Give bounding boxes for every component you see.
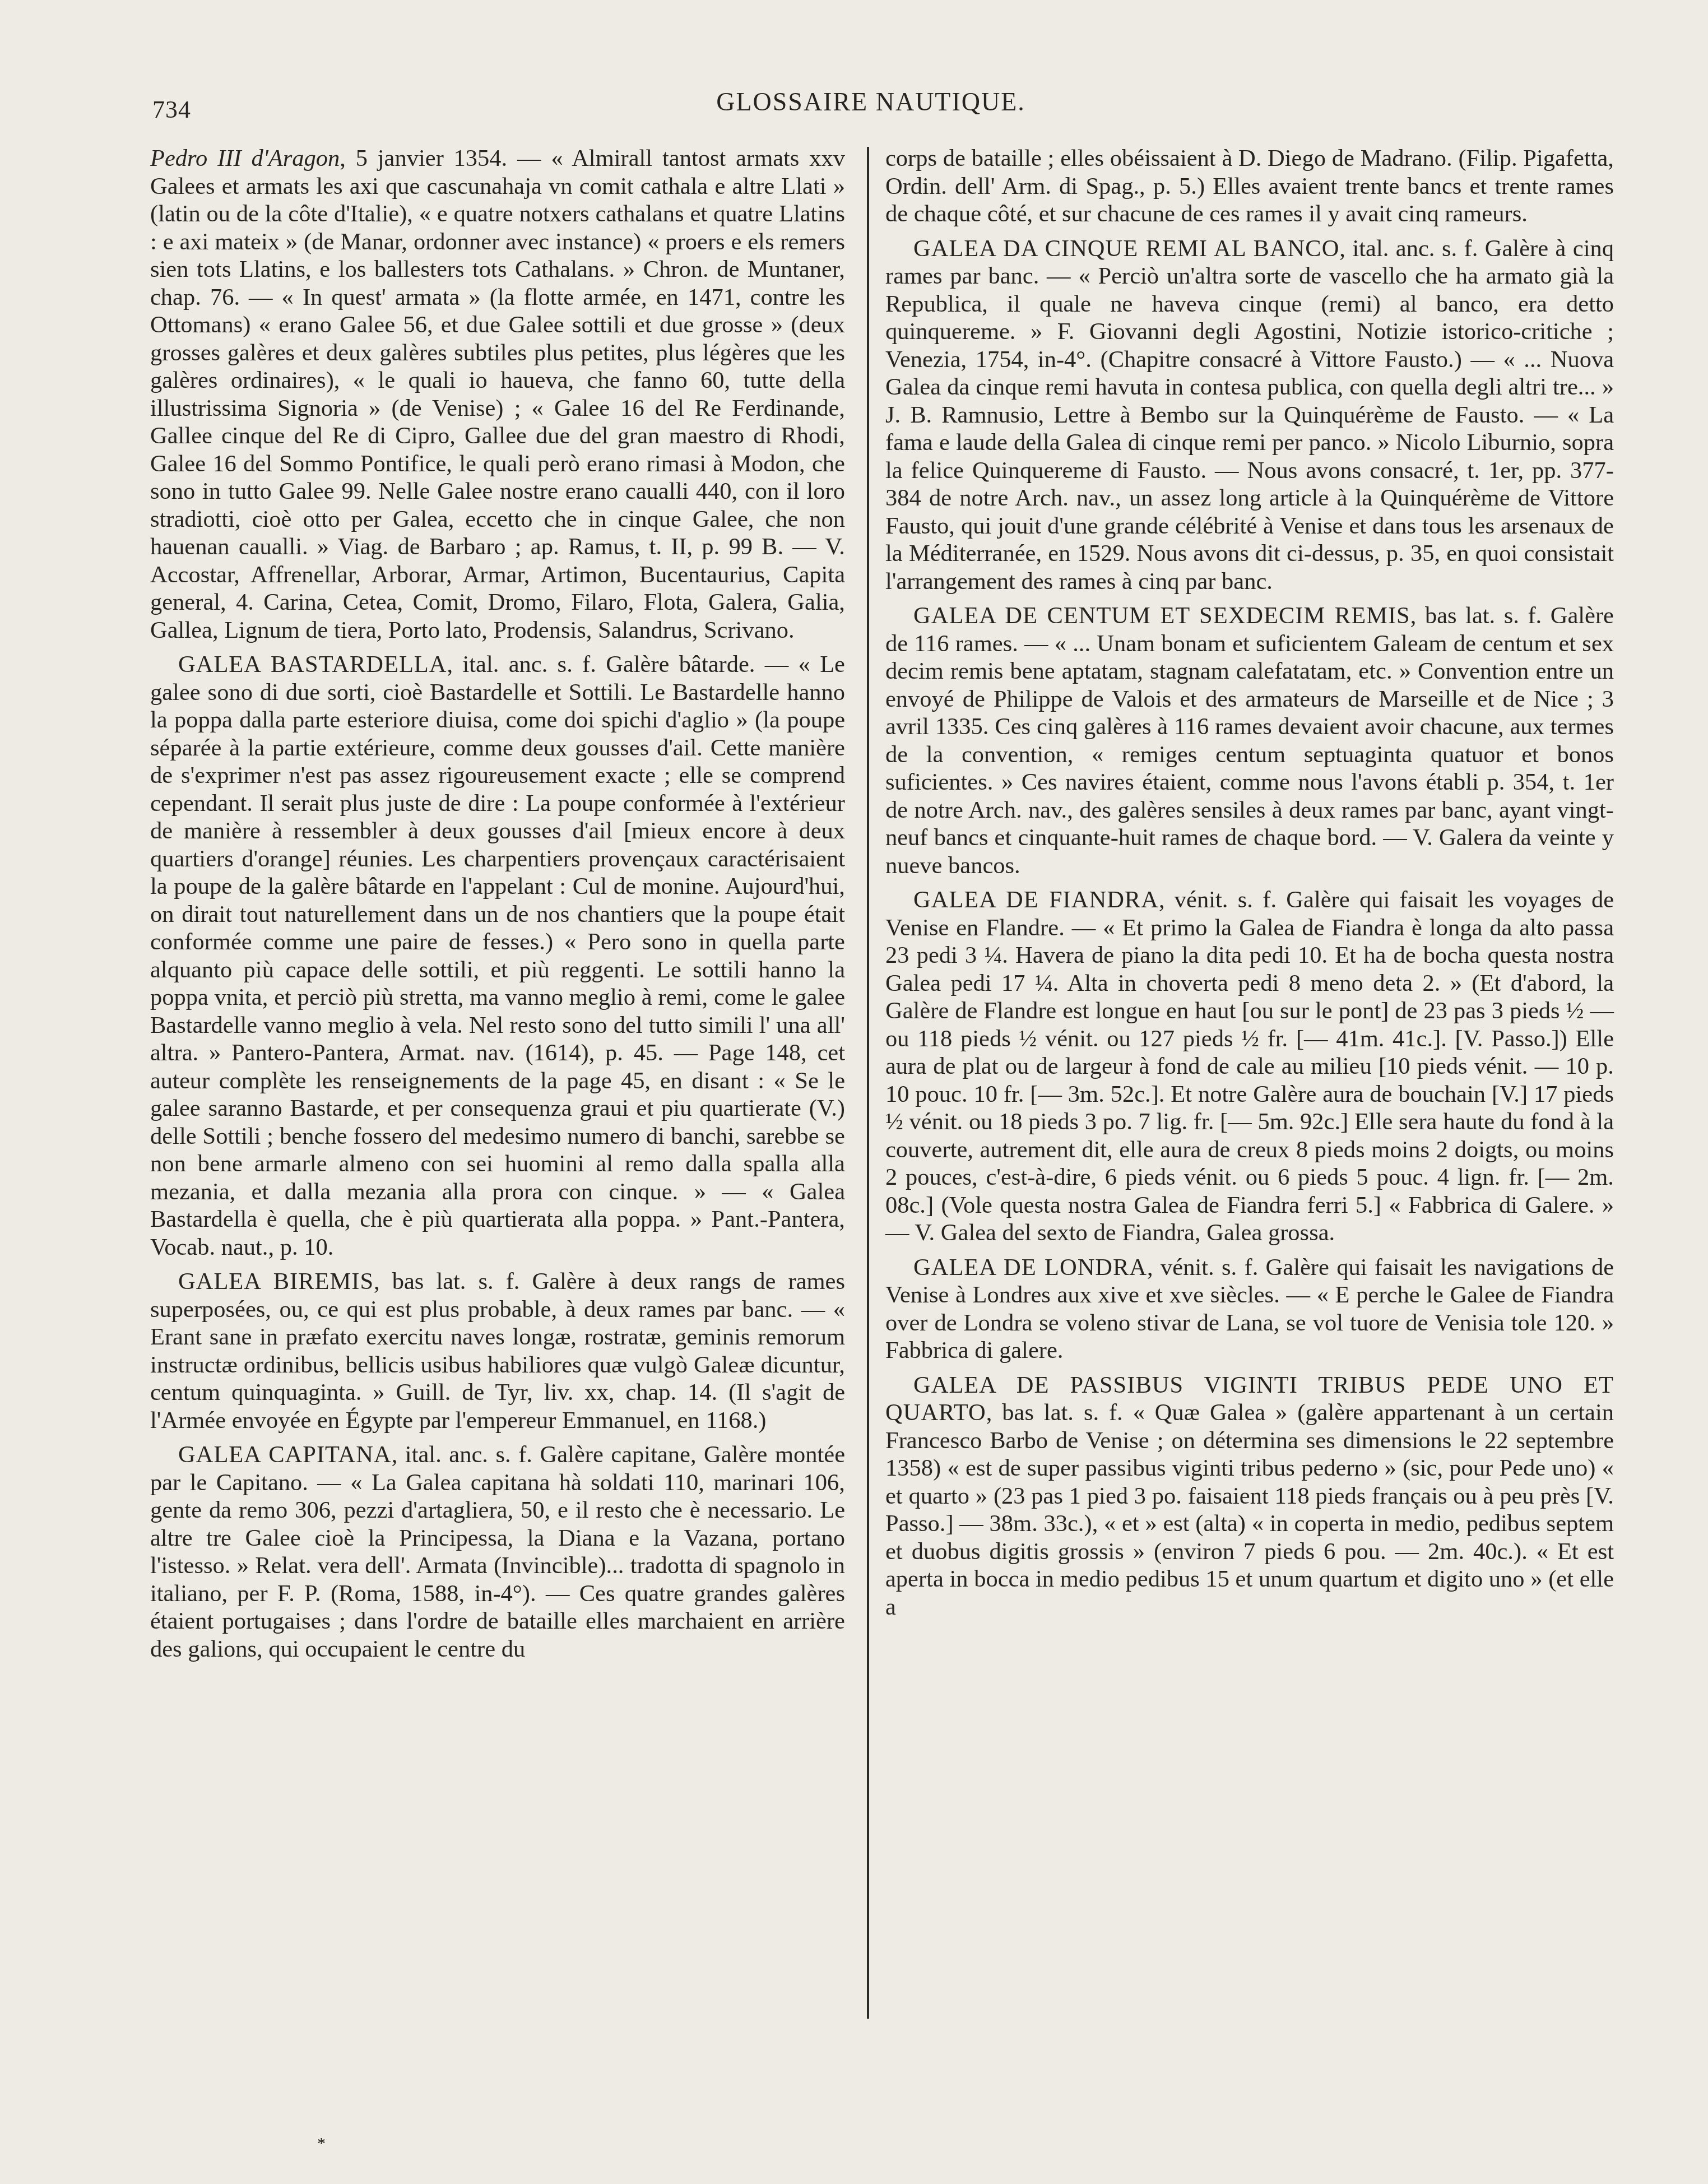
glossary-entry: GALEA BIREMIS, bas lat. s. f. Galère à d… <box>150 1268 845 1434</box>
entry-headword: GALEA DE CENTUM ET SEXDECIM REMIS <box>913 602 1410 629</box>
right-column: corps de bataille ; elles obéissaient à … <box>885 145 1614 1627</box>
continuation-paragraph: corps de bataille ; elles obéissaient à … <box>885 145 1614 228</box>
entry-headword: GALEA DE LONDRA <box>913 1254 1147 1281</box>
entry-definition: , vénit. s. f. Galère qui faisait les vo… <box>885 887 1614 1246</box>
continuation-paragraph: Pedro III d'Aragon, 5 janvier 1354. — « … <box>150 145 845 644</box>
entry-headword: GALEA BASTARDELLA <box>178 651 447 678</box>
glossary-entry: GALEA DE PASSIBUS VIGINTI TRIBUS PEDE UN… <box>885 1371 1614 1621</box>
glossary-entry: GALEA BASTARDELLA, ital. anc. s. f. Galè… <box>150 651 845 1261</box>
left-column: Pedro III d'Aragon, 5 janvier 1354. — « … <box>150 145 845 1670</box>
entry-definition: , ital. anc. s. f. Galère à cinq rames p… <box>885 235 1614 595</box>
entry-definition: , ital. anc. s. f. Galère bâtarde. — « L… <box>150 651 845 1260</box>
entry-definition: , bas lat. s. f. « Quæ Galea » (galère a… <box>885 1399 1614 1620</box>
entry-definition: , ital. anc. s. f. Galère capitane, Galè… <box>150 1441 845 1662</box>
glossary-entry: GALEA DA CINQUE REMI AL BANCO, ital. anc… <box>885 235 1614 596</box>
glossary-entry: GALEA CAPITANA, ital. anc. s. f. Galère … <box>150 1441 845 1663</box>
glossary-entry: GALEA DE LONDRA, vénit. s. f. Galère qui… <box>885 1254 1614 1365</box>
running-title: GLOSSAIRE NAUTIQUE. <box>0 87 1708 117</box>
entry-headword: GALEA DE FIANDRA <box>913 887 1159 913</box>
entry-headword: GALEA CAPITANA <box>178 1441 392 1468</box>
paragraph-text: , 5 janvier 1354. — « Almirall tantost a… <box>150 145 845 643</box>
entry-headword: GALEA DA CINQUE REMI AL BANCO <box>913 235 1339 262</box>
column-divider <box>867 147 869 2019</box>
signature-mark: * <box>317 2134 326 2153</box>
entry-definition: , bas lat. s. f. Galère de 116 rames. — … <box>885 602 1614 879</box>
source-citation: Pedro III d'Aragon <box>150 145 340 171</box>
glossary-entry: GALEA DE CENTUM ET SEXDECIM REMIS, bas l… <box>885 602 1614 879</box>
entry-headword: GALEA BIREMIS <box>178 1268 374 1295</box>
glossary-entry: GALEA DE FIANDRA, vénit. s. f. Galère qu… <box>885 886 1614 1247</box>
